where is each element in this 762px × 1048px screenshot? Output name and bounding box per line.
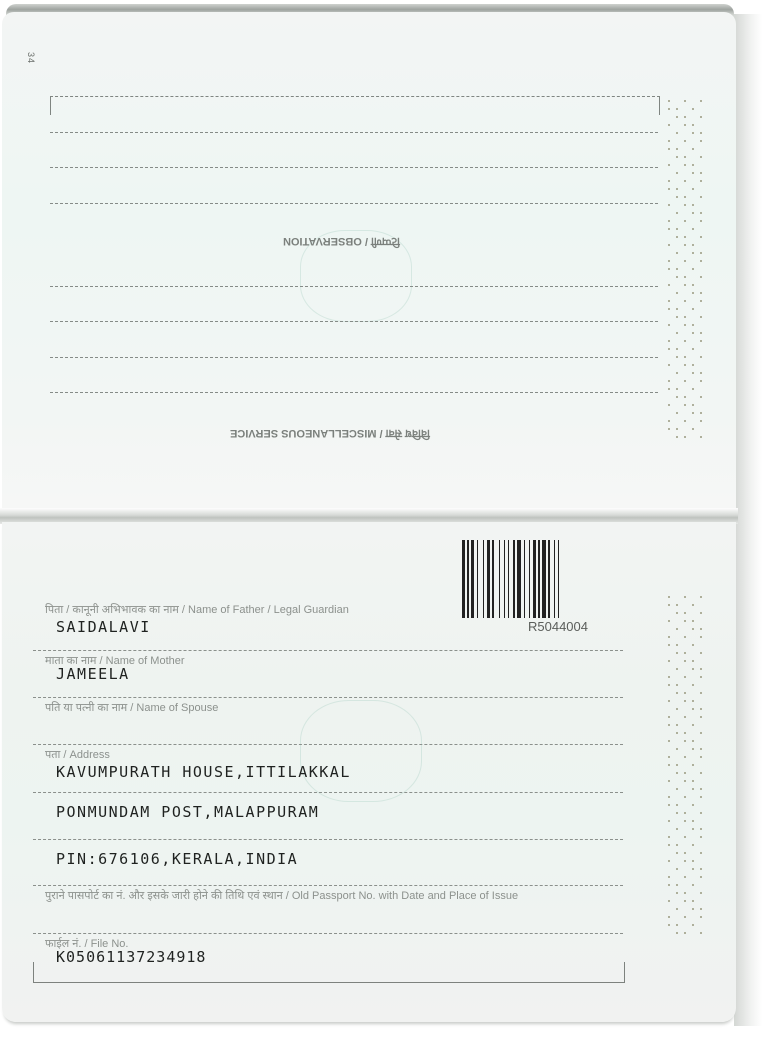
address-line-3: PIN:676106,KERALA,INDIA (56, 850, 298, 868)
field-divider (33, 792, 623, 793)
barcode (462, 540, 668, 618)
page-number: 34 (26, 52, 36, 64)
observation-line (50, 167, 658, 168)
file-number-value: K05061137234918 (56, 948, 206, 966)
field-divider (33, 885, 623, 886)
father-name-value: SAIDALAVI (56, 618, 151, 636)
observation-line (50, 132, 658, 133)
address-label: पता / Address (45, 747, 110, 762)
field-divider (33, 697, 623, 698)
observation-line (50, 321, 658, 322)
old-passport-label: पुराने पासपोर्ट का नं. और इसके जारी होने… (45, 888, 518, 903)
observation-box-top (50, 96, 660, 115)
field-divider (33, 744, 623, 745)
page-shadow (734, 14, 762, 1026)
observation-label: टिप्पणी / OBSERVATION (283, 234, 400, 249)
father-name-label: पिता / कानूनी अभिभावक का नाम / Name of F… (45, 602, 349, 617)
field-divider (33, 650, 623, 651)
mother-name-value: JAMEELA (56, 665, 130, 683)
perforation-number-top (668, 100, 708, 440)
observation-line (50, 357, 658, 358)
observation-line (50, 392, 658, 393)
observation-line (50, 203, 658, 204)
spouse-name-label: पति या पत्नी का नाम / Name of Spouse (45, 700, 218, 715)
address-line-1: KAVUMPURATH HOUSE,ITTILAKKAL (56, 763, 351, 781)
misc-service-label: विविध सेवा / MISCELLANEOUS SERVICE (230, 426, 430, 441)
perforation-number-bottom (668, 596, 708, 936)
observation-line (50, 286, 658, 287)
field-divider (33, 839, 623, 840)
emblem-watermark (300, 700, 422, 802)
barcode-number: R5044004 (528, 619, 588, 634)
field-divider (33, 933, 623, 934)
address-line-2: PONMUNDAM POST,MALAPPURAM (56, 803, 319, 821)
